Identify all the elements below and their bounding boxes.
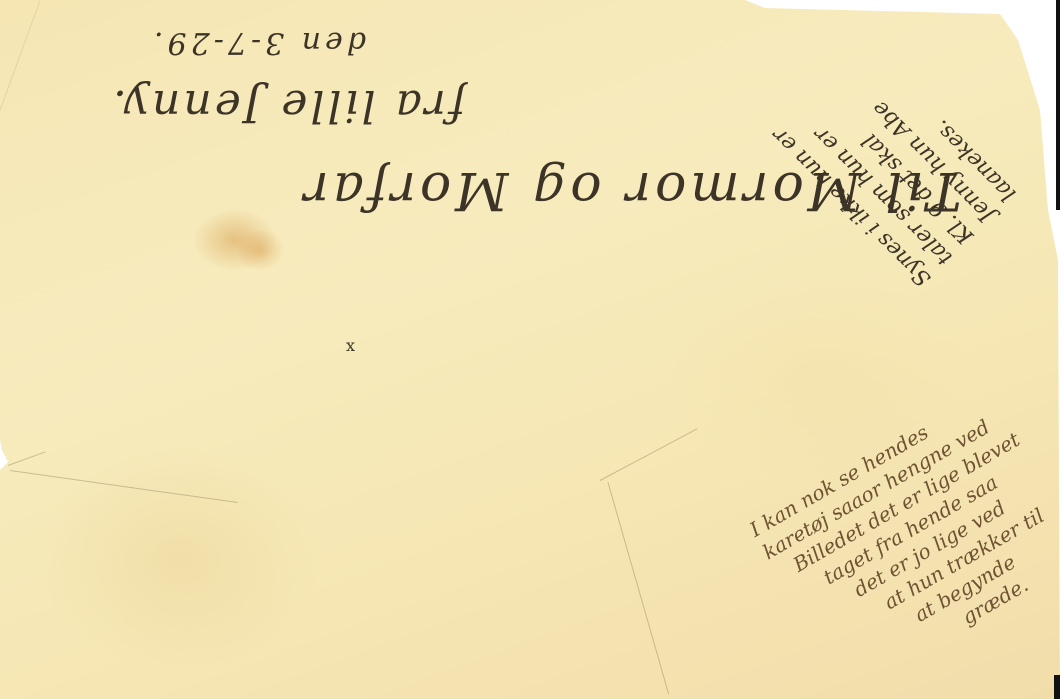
scan-edge (1054, 675, 1060, 699)
from-inscription: fra lille Jenny. (110, 80, 465, 131)
x-mark: x (346, 336, 355, 355)
date-inscription: den 3-7-29. (150, 25, 366, 60)
scan-edge (1056, 0, 1060, 210)
